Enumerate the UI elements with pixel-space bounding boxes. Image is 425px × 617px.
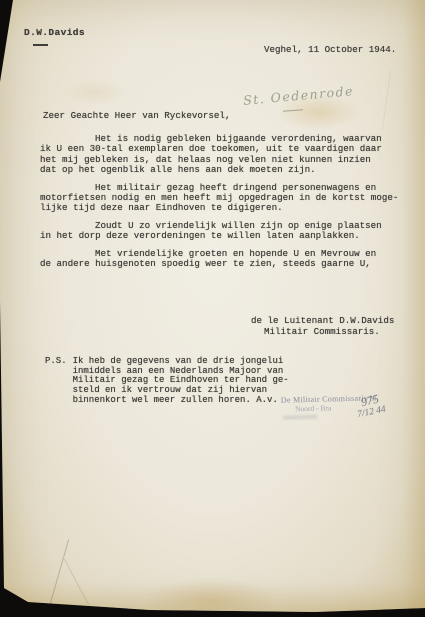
handwritten-underline [283,109,303,111]
signature-line: Militair Commissaris. [264,327,394,338]
paragraph: Zoudt U zo vriendelijk willen zijn op en… [40,221,410,242]
ps-line: binnenkort wel meer zullen horen. A.v. [73,396,289,406]
letter-page: D.W.Davids Veghel, 11 October 1944. St. … [0,0,425,617]
receipt-stamp: De Militair Commissaris in Noord - Bra 9… [281,392,412,419]
body-line: de andere huisgenoten spoedig weer te zi… [40,259,410,269]
body-line: in het dorp deze verordeningen te willen… [40,231,410,241]
paragraph: Het is nodig gebleken bijgaande verorden… [40,134,410,176]
paper-crease [48,539,69,610]
sender-underline [33,44,48,46]
postscript: P.S. Ik heb de gegevens van de drie jong… [45,357,289,406]
place-date: Veghel, 11 October 1944. [264,44,396,55]
ps-label: P.S. [45,357,67,406]
body-line: lijke tijd deze naar Eindhoven te digige… [40,203,410,213]
paper-crease [382,70,391,130]
stamp-line: Noord - Bra [295,401,411,413]
stamp-faded-line [283,415,317,420]
paragraph: Met vriendelijke groeten en hopende U en… [40,249,410,270]
handwritten-annotation: St. Oedenrode [243,83,355,108]
sender-name: D.W.Davids [24,27,85,38]
signature-block: de le Luitenant D.W.Davids Militair Comm… [251,316,394,337]
paper-crease [64,559,89,605]
letter-body: Het is nodig gebleken bijgaande verorden… [40,134,410,269]
scan-background: D.W.Davids Veghel, 11 October 1944. St. … [0,0,425,617]
paragraph: Het militair gezag heeft dringend person… [40,183,410,214]
ps-lines: Ik heb de gegevens van de drie jongelui … [73,357,289,406]
body-line: dat op het ogenblik alle hens aan dek mo… [40,165,410,175]
signature-line: de le Luitenant D.W.Davids [251,316,394,327]
salutation: Zeer Geachte Heer van Ryckevorsel, [43,110,230,121]
